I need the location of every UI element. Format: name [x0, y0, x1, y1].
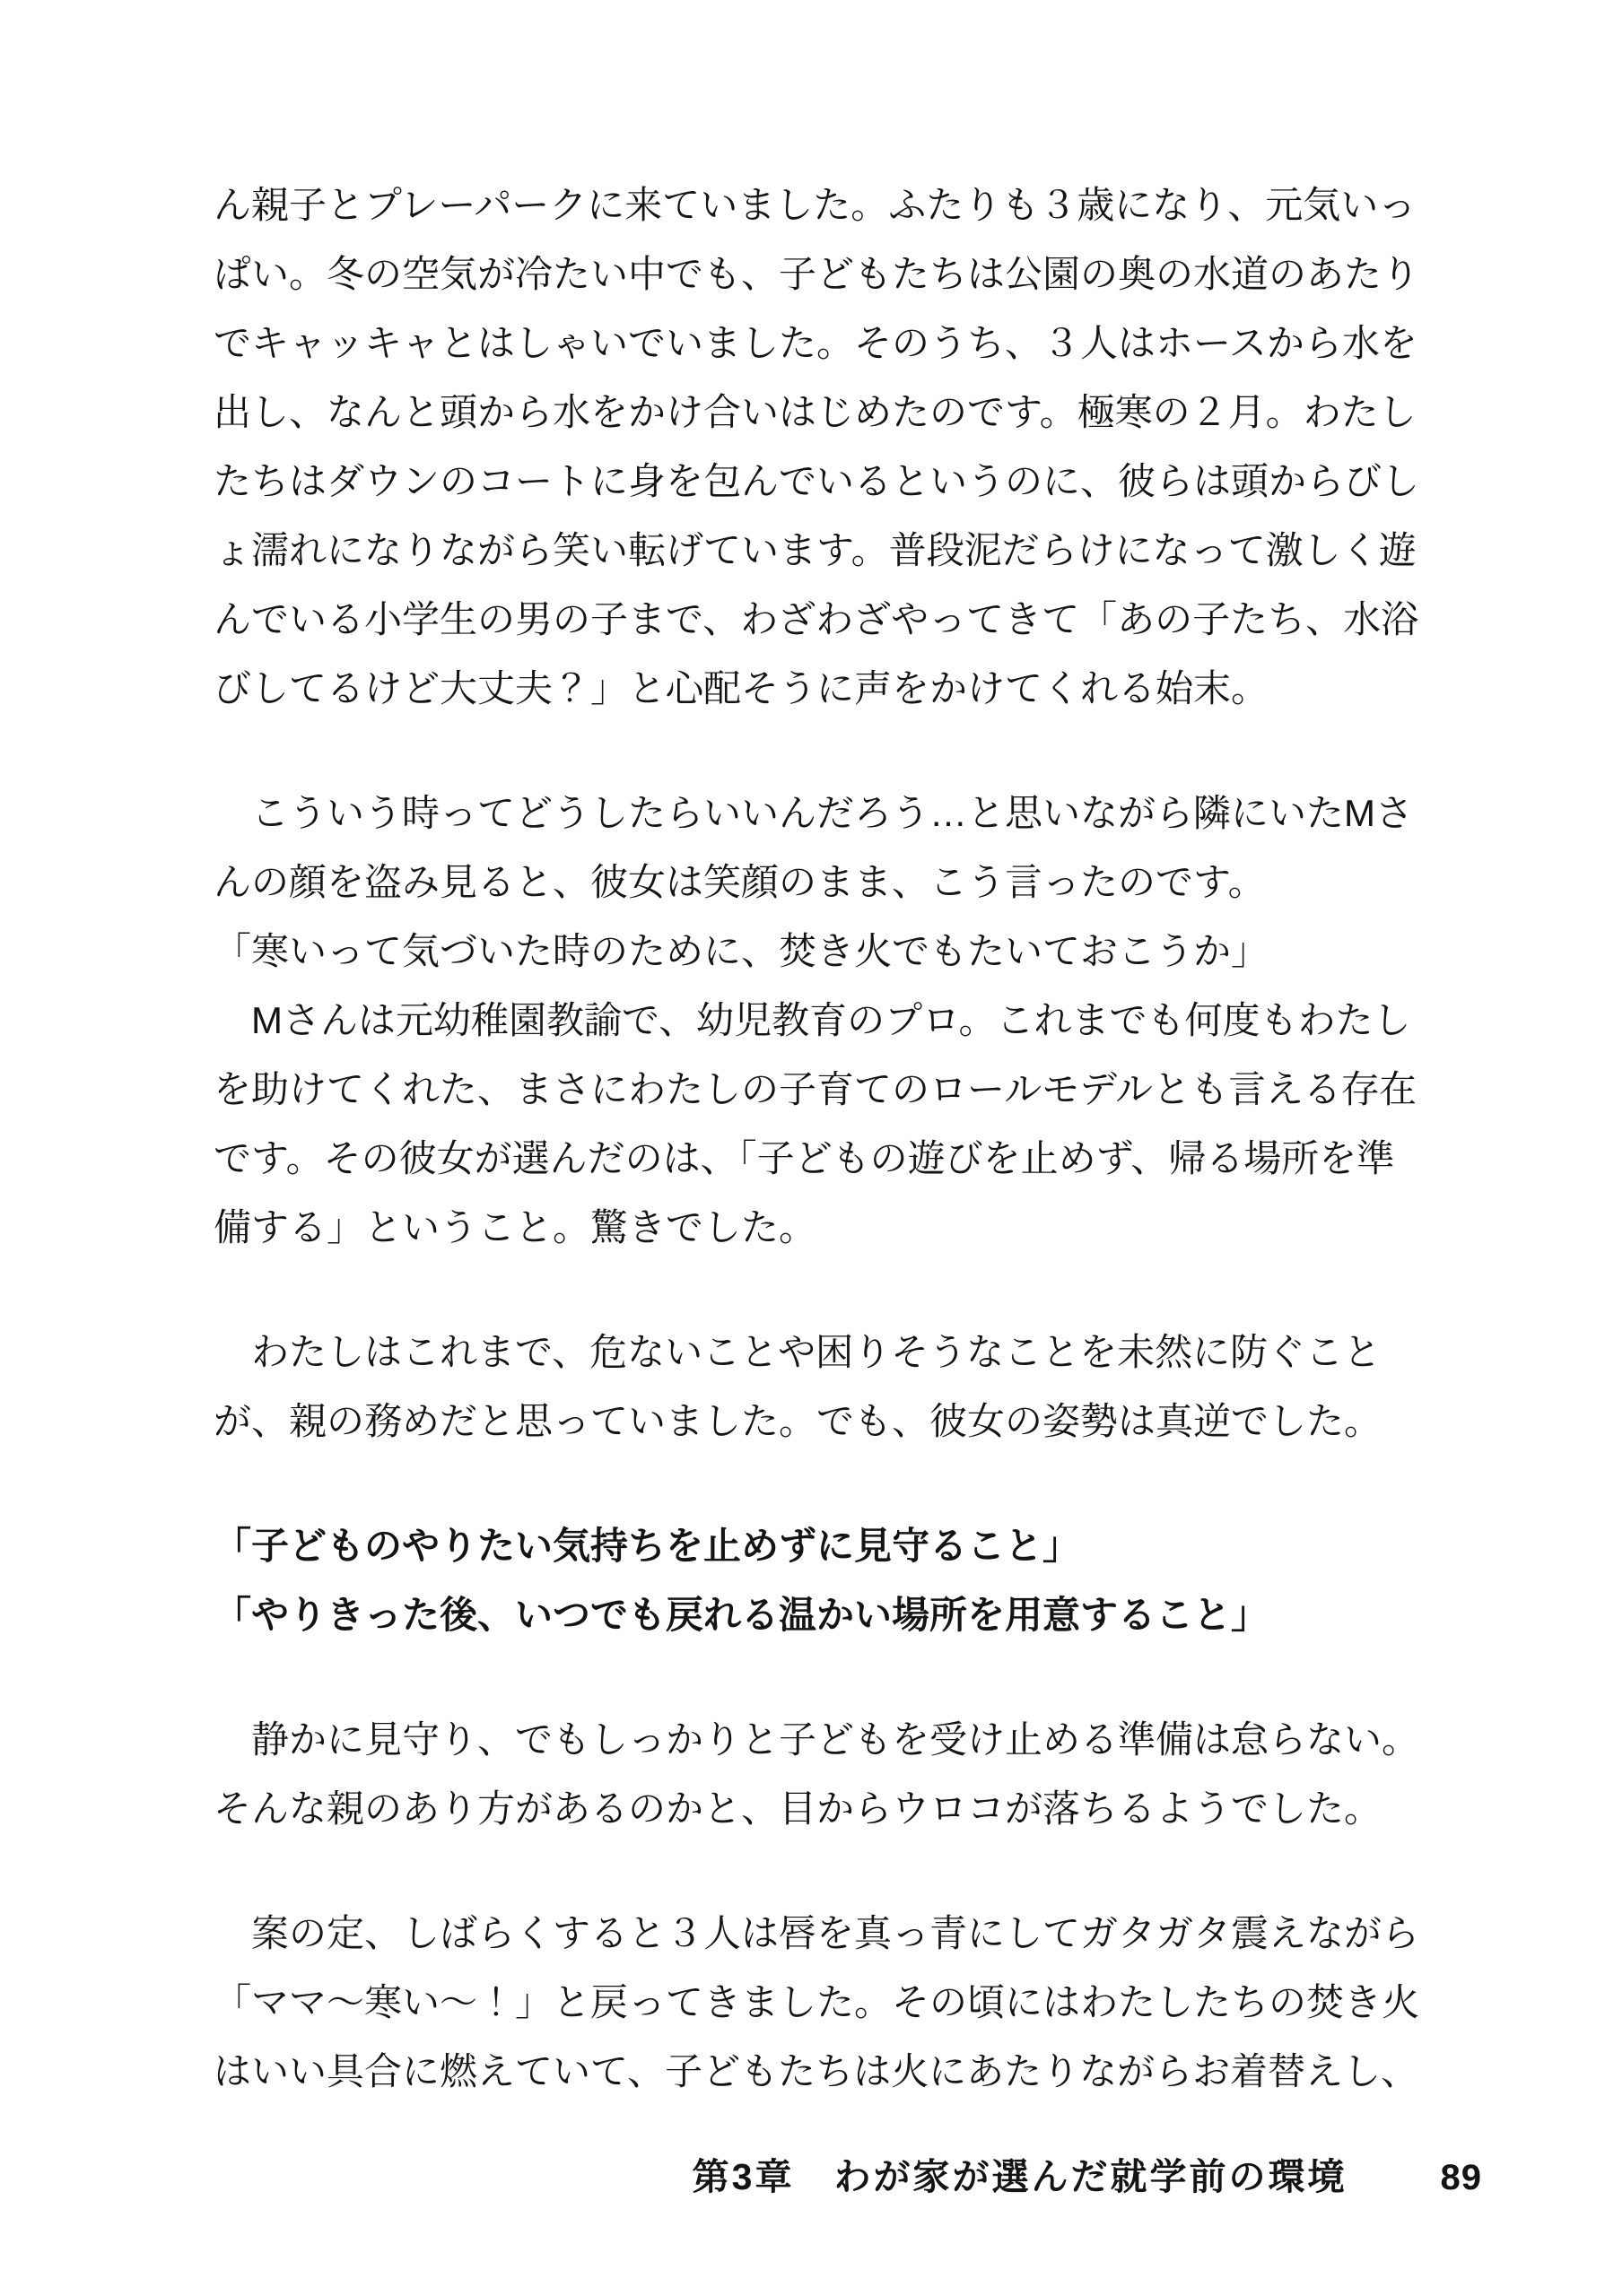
- text-line: 「やりきった後、いつでも戻れる温かい場所を用意すること」: [214, 1580, 1426, 1649]
- text-line: そんな親のあり方があるのかと、目からウロコが落ちるようでした。: [214, 1774, 1426, 1843]
- text-line: んでいる小学生の男の子まで、わざわざやってきて「あの子たち、水浴: [214, 585, 1426, 654]
- text-line: が、親の務めだと思っていました。でも、彼女の姿勢は真逆でした。: [214, 1387, 1426, 1456]
- text-line: こういう時ってどうしたらいいんだろう…と思いながら隣にいたMさ: [214, 778, 1426, 848]
- text-line: 「ママ～寒い～！」と戻ってきました。その頃にはわたしたちの焚き火: [214, 1968, 1426, 2037]
- text-line: 「子どものやりたい気持ちを止めずに見守ること」: [214, 1511, 1426, 1580]
- paragraph-gap: [214, 1262, 1426, 1318]
- text-line: びしてるけど大丈夫？」と心配そうに声をかけてくれる始末。: [214, 654, 1426, 723]
- text-line: 「寒いって気づいた時のために、焚き火でもたいておこうか」: [214, 917, 1426, 986]
- page-footer: 第3章 わが家が選んだ就学前の環境 89: [214, 2147, 1482, 2200]
- paragraph-gap: [214, 1456, 1426, 1511]
- book-page: ん親子とプレーパークに来ていました。ふたりも３歳になり、元気いっぱい。冬の空気が…: [0, 0, 1605, 2296]
- paragraph-gap: [214, 1649, 1426, 1705]
- text-line: 出し、なんと頭から水をかけ合いはじめたのです。極寒の２月。わたし: [214, 378, 1426, 447]
- text-line: ょ濡れになりながら笑い転げています。普段泥だらけになって激しく遊: [214, 516, 1426, 585]
- text-line: を助けてくれた、まさにわたしの子育てのロールモデルとも言える存在: [214, 1055, 1426, 1124]
- text-line: たちはダウンのコートに身を包んでいるというのに、彼らは頭からびし: [214, 447, 1426, 516]
- footer-chapter-title: 第3章 わが家が選んだ就学前の環境: [693, 2147, 1348, 2200]
- text-line: ん親子とプレーパークに来ていました。ふたりも３歳になり、元気いっ: [214, 170, 1426, 239]
- text-line: 案の定、しばらくすると３人は唇を真っ青にしてガタガタ震えながら: [214, 1899, 1426, 1968]
- text-line: んの顔を盗み見ると、彼女は笑顔のまま、こう言ったのです。: [214, 848, 1426, 917]
- paragraph-gap: [214, 1843, 1426, 1899]
- text-line: Mさんは元幼稚園教諭で、幼児教育のプロ。これまでも何度もわたし: [214, 986, 1426, 1055]
- text-line: でキャッキャとはしゃいでいました。そのうち、３人はホースから水を: [214, 309, 1426, 378]
- text-line: わたしはこれまで、危ないことや困りそうなことを未然に防ぐこと: [214, 1318, 1426, 1387]
- text-line: 静かに見守り、でもしっかりと子どもを受け止める準備は怠らない。: [214, 1705, 1426, 1774]
- text-line: 備する」ということ。驚きでした。: [214, 1193, 1426, 1262]
- footer-page-number: 89: [1441, 2158, 1483, 2198]
- paragraph-gap: [214, 723, 1426, 778]
- text-line: はいい具合に燃えていて、子どもたちは火にあたりながらお着替えし、: [214, 2037, 1426, 2106]
- text-line: ぱい。冬の空気が冷たい中でも、子どもたちは公園の奥の水道のあたり: [214, 239, 1426, 309]
- text-line: です。その彼女が選んだのは、「子どもの遊びを止めず、帰る場所を準: [214, 1124, 1426, 1193]
- body-text: ん親子とプレーパークに来ていました。ふたりも３歳になり、元気いっぱい。冬の空気が…: [214, 170, 1426, 2106]
